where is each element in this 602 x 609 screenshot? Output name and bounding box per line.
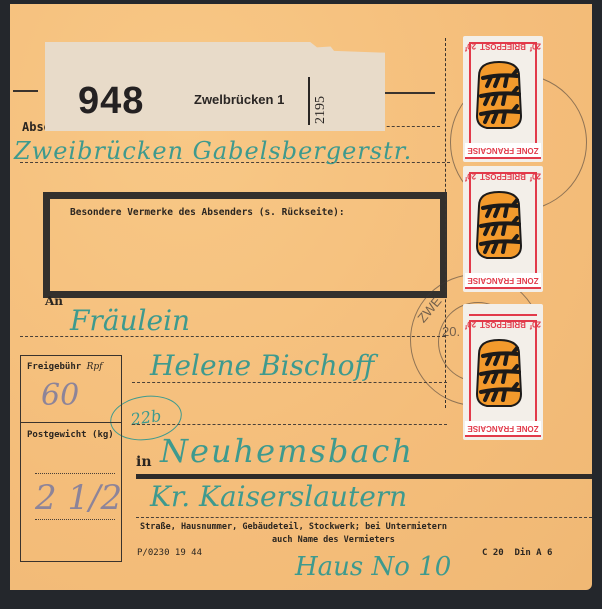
stamp-unit: f xyxy=(530,175,532,182)
fee-value: 60 xyxy=(41,378,79,413)
stamp-value: 20 xyxy=(532,172,541,181)
sender-remarks-label: Besondere Vermerke des Absenders (s. Rüc… xyxy=(70,207,345,218)
weight-dotted-line-1 xyxy=(35,473,115,474)
recipient-district: Kr. Kaiserslautern xyxy=(150,480,407,513)
stamp-unit: f xyxy=(530,45,532,52)
stamp-unit: f xyxy=(465,323,467,330)
street-hint: Straße, Hausnummer, Gebäudeteil, Stockwe… xyxy=(140,522,447,532)
recipient-house: Haus No 10 xyxy=(295,552,451,582)
stamp-value-row: 20f BRIEFPOST 20f xyxy=(465,170,541,184)
form-format: C 20 Din A 6 xyxy=(482,548,552,558)
parcel-number: 948 xyxy=(78,80,144,123)
recipient-an-label: An xyxy=(45,294,63,308)
stamp-country: ZONE FRANCAISE xyxy=(465,273,541,289)
wuerttemberg-shield-icon xyxy=(473,188,525,262)
stamp-text: BRIEFPOST xyxy=(480,173,526,182)
stamp-unit: f xyxy=(465,45,467,52)
postmark-date: 20. xyxy=(442,324,460,339)
post-office-code: 2195 xyxy=(313,88,329,132)
fee-label: Freigebühr Rpf xyxy=(27,362,102,372)
form-number: P/0230 19 44 xyxy=(137,548,202,558)
sender-handwritten: Zweibrücken Gabelsbergerstr. xyxy=(14,137,412,165)
recipient-line-1: Fräulein xyxy=(70,304,190,337)
stamp-value-row: 20f BRIEFPOST 20f xyxy=(465,318,541,332)
stamp-unit: f xyxy=(465,175,467,182)
postage-stamp-3: 20f BRIEFPOST 20f ZONE FRANCAISE xyxy=(463,304,543,440)
stamp-text: BRIEFPOST xyxy=(480,43,526,52)
weight-dotted-line-2 xyxy=(35,519,115,520)
stamp-value-row: 20f BRIEFPOST 20f xyxy=(465,40,541,54)
label-divider xyxy=(308,77,310,125)
street-dotted-line xyxy=(136,517,592,518)
town-underline xyxy=(136,474,592,479)
recipient-town: Neuhemsbach xyxy=(160,432,414,470)
stamp-unit: f xyxy=(530,323,532,330)
header-rule-left xyxy=(13,90,38,92)
recipient-dotted-line-3 xyxy=(132,424,447,425)
street-hint-2: auch Name des Vermieters xyxy=(272,535,395,545)
fee-weight-box: Freigebühr Rpf 60 Postgewicht (kg) 2 1/2 xyxy=(20,355,122,562)
stamp-country: ZONE FRANCAISE xyxy=(465,421,541,437)
stamp-value: 20 xyxy=(532,320,541,329)
recipient-line-2: Helene Bischoff xyxy=(150,349,374,382)
sender-remarks-box: Besondere Vermerke des Absenders (s. Rüc… xyxy=(43,192,447,298)
stamp-top-margin-strip xyxy=(469,308,537,316)
recipient-dotted-line-1 xyxy=(20,336,445,337)
parcel-card: Absender: 948 Zwelbrücken 1 2195 Zweibrü… xyxy=(10,4,592,590)
stamp-text: BRIEFPOST xyxy=(480,321,526,330)
weight-value: 2 1/2 xyxy=(35,478,122,518)
fee-unit: Rpf xyxy=(87,362,103,372)
postage-stamp-1: 20f BRIEFPOST 20f ZONE FRANCAISE xyxy=(463,36,543,162)
post-office-name: Zwelbrücken 1 xyxy=(194,92,284,107)
parcel-number-label: 948 Zwelbrücken 1 2195 xyxy=(45,42,385,131)
recipient-dotted-line-2 xyxy=(132,382,447,383)
recipient-in-label: in xyxy=(136,454,152,470)
stamp-value: 20 xyxy=(467,320,476,329)
stamp-value: 20 xyxy=(532,42,541,51)
wuerttemberg-shield-icon xyxy=(473,336,525,410)
stamp-value: 20 xyxy=(467,172,476,181)
fee-box-divider xyxy=(21,422,121,423)
fee-label-text: Freigebühr xyxy=(27,362,81,372)
stamp-country: ZONE FRANCAISE xyxy=(465,143,541,159)
stamp-value: 20 xyxy=(467,42,476,51)
weight-label: Postgewicht (kg) xyxy=(27,430,114,440)
wuerttemberg-shield-icon xyxy=(473,58,525,132)
postage-stamp-2: 20f BRIEFPOST 20f ZONE FRANCAISE xyxy=(463,166,543,292)
